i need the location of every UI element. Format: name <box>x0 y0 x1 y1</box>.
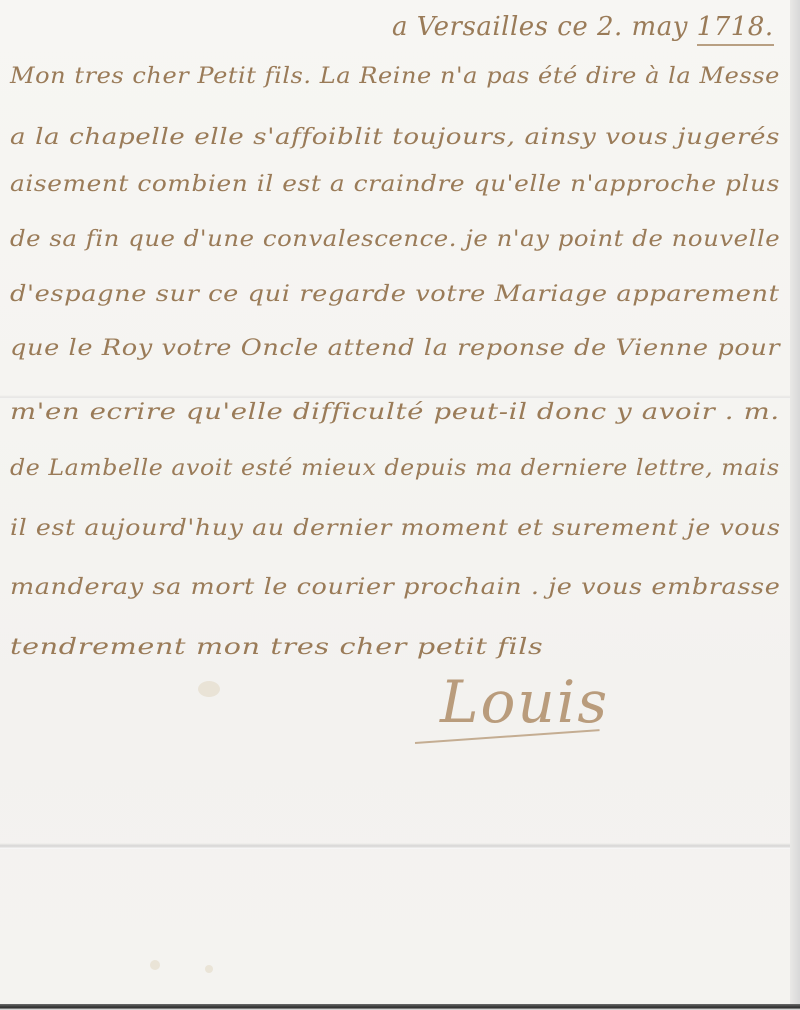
page-edge-right <box>790 0 800 1010</box>
dateline-place-day: a Versailles ce 2. may <box>392 12 697 42</box>
letter-line: d'espagne sur ce qui regarde votre Maria… <box>10 282 780 307</box>
letter-line: Mon tres cher Petit fils. La Reine n'a p… <box>10 64 780 89</box>
fold-crease <box>0 395 794 399</box>
letter-line: tendrement mon tres cher petit fils <box>10 635 543 660</box>
ink-stain <box>198 681 220 697</box>
letter-line: aisement combien il est a craindre qu'el… <box>10 172 780 197</box>
letter-line: de Lambelle avoit esté mieux depuis ma d… <box>10 456 780 481</box>
letter-page: a Versailles ce 2. may 1718. Mon tres ch… <box>0 0 794 1004</box>
letter-line: m'en ecrire qu'elle difficulté peut-il d… <box>10 400 780 425</box>
letter-line: a la chapelle elle s'affoiblit toujours,… <box>10 125 780 150</box>
letter-line: de sa fin que d'une convalescence. je n'… <box>10 227 780 252</box>
dateline-year: 1718. <box>697 12 774 46</box>
fold-crease <box>0 843 794 849</box>
letter-line: que le Roy votre Oncle attend la reponse… <box>10 336 780 361</box>
letter-line: il est aujourd'huy au dernier moment et … <box>10 516 781 541</box>
paper-spot <box>205 965 213 973</box>
dateline: a Versailles ce 2. may 1718. <box>392 12 774 42</box>
signature: Louis <box>440 668 609 736</box>
letter-line: manderay sa mort le courier prochain . j… <box>10 575 780 600</box>
page-edge-bottom <box>0 1004 800 1010</box>
paper-spot <box>150 960 160 970</box>
